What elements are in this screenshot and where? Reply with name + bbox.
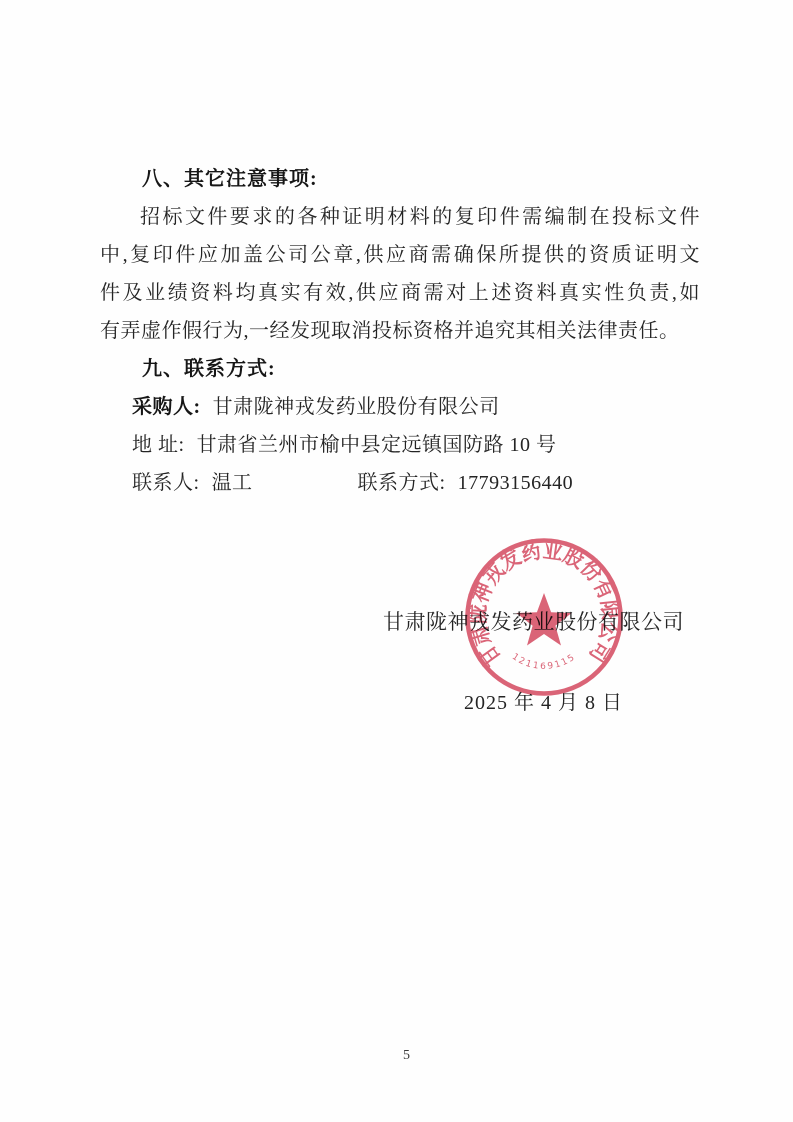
contact-person-value: 温工 [212, 472, 253, 494]
contact-person-row: 联系人:温工 联系方式:17793156440 [132, 464, 700, 502]
contact-person-label: 联系人: [132, 472, 200, 494]
heading-other-notes: 八、其它注意事项: [142, 160, 700, 198]
address-row: 地 址:甘肃省兰州市榆中县定远镇国防路 10 号 [132, 426, 700, 464]
signature-company-name: 甘肃陇神戎发药业股份有限公司 [383, 606, 684, 636]
purchaser-row: 采购人:甘肃陇神戎发药业股份有限公司 [132, 388, 700, 426]
document-body: 八、其它注意事项: 招标文件要求的各种证明材料的复印件需编制在投标文件 中,复印… [100, 160, 700, 502]
paragraph-line: 中,复印件应加盖公司公章,供应商需确保所提供的资质证明文 [100, 236, 700, 274]
contact-method-value: 17793156440 [458, 472, 574, 494]
contact-method-label: 联系方式: [358, 472, 446, 494]
address-label: 地 址: [132, 434, 185, 456]
purchaser-value: 甘肃陇神戎发药业股份有限公司 [213, 396, 500, 418]
heading-contact-info: 九、联系方式: [142, 350, 700, 388]
paragraph-line: 有弄虚作假行为,一经发现取消投标资格并追究其相关法律责任。 [100, 312, 700, 350]
address-value: 甘肃省兰州市榆中县定远镇国防路 10 号 [197, 434, 557, 456]
paragraph-line: 招标文件要求的各种证明材料的复印件需编制在投标文件 [100, 198, 700, 236]
contact-method-part: 联系方式:17793156440 [358, 472, 574, 494]
other-notes-paragraph: 招标文件要求的各种证明材料的复印件需编制在投标文件 中,复印件应加盖公司公章,供… [100, 198, 700, 350]
paragraph-line: 件及业绩资料均真实有效,供应商需对上述资料真实性负责,如 [100, 274, 700, 312]
purchaser-label: 采购人: [132, 396, 201, 418]
page-number: 5 [403, 1048, 410, 1064]
seal-arc-company-text: 甘肃陇神戎发药业股份有限公司 [465, 537, 624, 670]
signature-date: 2025 年 4 月 8 日 [464, 686, 623, 715]
document-page: 八、其它注意事项: 招标文件要求的各种证明材料的复印件需编制在投标文件 中,复印… [0, 0, 793, 1122]
contact-person-part: 联系人:温工 [132, 464, 352, 502]
seal-number-text: 61211691158 [459, 532, 578, 672]
